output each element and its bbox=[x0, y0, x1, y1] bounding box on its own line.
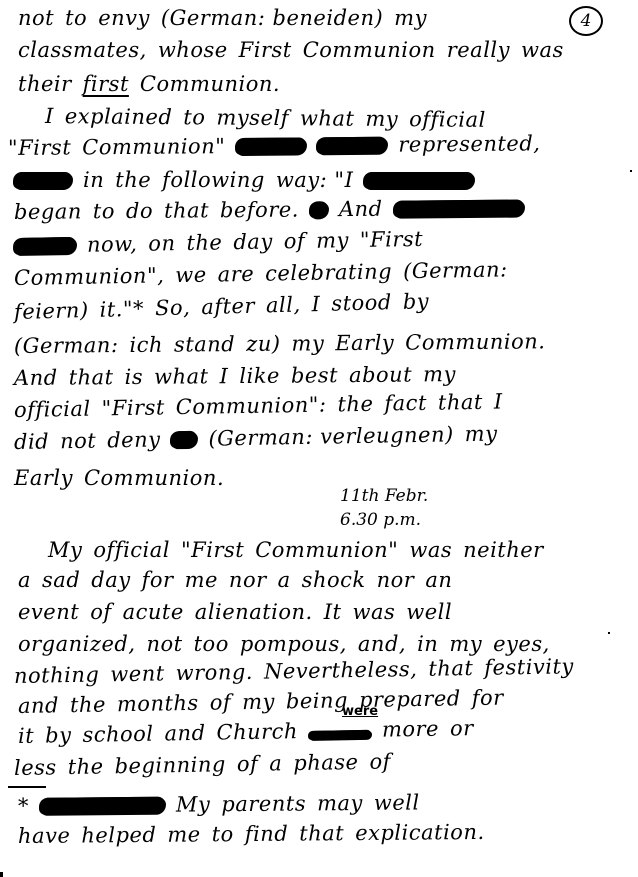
handwritten-word: "First bbox=[360, 227, 424, 252]
handwritten-word: Early bbox=[335, 331, 394, 356]
redaction-scribble bbox=[317, 137, 387, 155]
handwritten-word: parents bbox=[221, 791, 306, 816]
handwritten-word: my bbox=[242, 690, 275, 715]
handwritten-word: do bbox=[126, 199, 153, 223]
handwritten-word: that bbox=[69, 365, 114, 389]
handwritten-word: my bbox=[423, 362, 456, 386]
handwritten-word: My bbox=[48, 538, 82, 562]
date-line-1: 11th Febr. bbox=[340, 486, 428, 506]
handwritten-word: stand bbox=[174, 332, 235, 357]
handwritten-word: fact bbox=[384, 391, 427, 416]
handwritten-word: and, bbox=[358, 632, 406, 656]
handwritten-word: (German: beneiden) bbox=[161, 6, 383, 30]
footnote-line: *Myparentsmaywell bbox=[18, 790, 431, 818]
handwritten-word: I bbox=[311, 292, 320, 316]
text-line: now,onthedayofmy"First bbox=[14, 227, 434, 258]
handwritten-word: of bbox=[369, 749, 391, 773]
redaction-scribble bbox=[40, 797, 165, 815]
handwritten-word: First bbox=[239, 38, 292, 62]
handwritten-word: of bbox=[283, 229, 305, 253]
handwritten-word: classmates, bbox=[18, 38, 147, 62]
handwritten-word: helped bbox=[81, 823, 156, 848]
handwritten-word: Church bbox=[216, 719, 298, 744]
handwritten-word: began bbox=[14, 199, 82, 224]
handwritten-word: have bbox=[18, 824, 71, 848]
handwritten-word: well bbox=[406, 600, 452, 624]
redaction-scribble bbox=[14, 172, 72, 189]
handwritten-word: pompous, bbox=[240, 632, 347, 656]
handwritten-word: not bbox=[60, 429, 97, 454]
handwritten-word: nor bbox=[229, 568, 267, 592]
handwritten-word: a bbox=[18, 568, 31, 592]
handwritten-word: by bbox=[45, 723, 72, 747]
handwritten-word: school bbox=[82, 722, 153, 747]
handwritten-word: feiern) bbox=[14, 298, 89, 324]
footnote-line: havehelpedmetofindthatexplication. bbox=[18, 820, 496, 848]
text-line: "FirstCommunion"represented, bbox=[8, 131, 552, 160]
text-line: classmates,whoseFirstCommunionreallywas bbox=[18, 38, 575, 62]
handwritten-word: is bbox=[124, 365, 143, 389]
struck-out-word bbox=[309, 730, 371, 740]
text-line: asaddayformenorashocknoran bbox=[18, 568, 463, 592]
handwritten-word: what bbox=[300, 106, 355, 130]
handwritten-word: represented, bbox=[398, 131, 540, 156]
handwritten-word: and bbox=[18, 693, 59, 718]
text-line: itbyschoolandChurchmoreor bbox=[18, 716, 485, 748]
handwritten-word: to bbox=[212, 822, 234, 846]
redaction-scribble bbox=[236, 137, 306, 155]
handwritten-word: before. bbox=[220, 198, 299, 223]
handwritten-word: not bbox=[147, 632, 183, 656]
text-line: andthemonthsofmybeingpreparedfor bbox=[18, 685, 515, 718]
handwritten-word: I bbox=[219, 364, 228, 388]
handwritten-word: my bbox=[464, 422, 497, 447]
handwritten-word: that bbox=[164, 198, 209, 222]
handwritten-word: all, bbox=[266, 292, 301, 317]
text-line: Iexplainedtomyselfwhatmyofficial bbox=[45, 104, 497, 132]
handwritten-word: it bbox=[18, 724, 35, 748]
handwritten-word: organized, bbox=[18, 632, 136, 656]
handwritten-word: about bbox=[349, 363, 412, 388]
text-line: nottoenvy(German: beneiden)my bbox=[18, 6, 438, 30]
handwritten-word: official bbox=[409, 107, 486, 132]
handwritten-word: that bbox=[438, 390, 483, 415]
handwritten-word: that bbox=[428, 656, 473, 681]
handwritten-word: a bbox=[269, 751, 282, 775]
handwritten-word: alienation. bbox=[195, 600, 313, 624]
handwritten-word: Communion" bbox=[82, 134, 225, 159]
handwritten-word: me bbox=[185, 568, 218, 592]
handwritten-word: it."* bbox=[99, 297, 144, 322]
handwritten-word: well bbox=[374, 790, 420, 814]
handwritten-word: went bbox=[110, 661, 165, 686]
handwritten-word: best bbox=[291, 363, 338, 387]
handwritten-word: of bbox=[209, 690, 231, 714]
text-line: organized,nottoopompous,and,inmyeyes, bbox=[18, 632, 561, 656]
text-line: nothingwentwrong.Nevertheless,thatfestiv… bbox=[14, 654, 585, 688]
handwritten-word: to bbox=[65, 6, 87, 30]
handwritten-word: of bbox=[90, 600, 111, 624]
handwritten-word: more bbox=[382, 717, 439, 742]
text-line: Myofficial"FirstCommunion"wasneither bbox=[48, 538, 555, 562]
redaction-scribble bbox=[14, 237, 76, 255]
handwritten-word: acute bbox=[123, 600, 184, 624]
handwritten-word: after bbox=[201, 294, 255, 319]
handwritten-word: did bbox=[14, 429, 50, 454]
handwritten-word: Communion" bbox=[255, 538, 398, 562]
handwritten-word: official bbox=[14, 397, 91, 422]
text-line: EarlyCommunion. bbox=[14, 466, 235, 490]
text-line: didnotdeny(German: verleugnen)my bbox=[14, 421, 509, 454]
handwritten-word: what bbox=[154, 364, 209, 388]
handwritten-word: the bbox=[186, 230, 222, 255]
handwritten-word: Communion", bbox=[14, 263, 165, 290]
handwritten-word: stood bbox=[331, 290, 392, 316]
handwritten-word: to bbox=[183, 105, 205, 129]
footnote-rule bbox=[8, 786, 46, 788]
handwritten-word: find bbox=[245, 822, 289, 846]
text-line: begantodothatbefore.And bbox=[14, 195, 535, 224]
handwritten-word: explained bbox=[65, 104, 173, 129]
handwritten-word: "First bbox=[8, 135, 71, 160]
insertion-above-line: were bbox=[342, 704, 378, 719]
redaction-scribble bbox=[310, 201, 328, 218]
text-line: official"FirstCommunion":thefactthatI bbox=[14, 389, 514, 422]
handwritten-word: day bbox=[233, 229, 273, 254]
handwritten-word: we bbox=[175, 263, 207, 288]
handwritten-page: 4 nottoenvy(German: beneiden)myclassmate… bbox=[0, 0, 638, 877]
handwritten-word: a bbox=[278, 568, 291, 592]
redaction-scribble bbox=[393, 200, 523, 218]
handwritten-word: for bbox=[472, 686, 504, 711]
handwritten-word: So, bbox=[155, 295, 191, 320]
handwritten-word: beginning bbox=[114, 752, 226, 778]
handwritten-word: Communion. bbox=[84, 466, 224, 490]
handwritten-word: was bbox=[521, 38, 564, 62]
handwritten-word: deny bbox=[107, 427, 161, 452]
handwritten-word: may bbox=[317, 791, 363, 815]
handwritten-word: Nevertheless, bbox=[264, 657, 418, 684]
redaction-scribble bbox=[171, 431, 197, 448]
handwritten-word: in bbox=[417, 632, 438, 656]
handwritten-word: the bbox=[70, 692, 106, 717]
scan-speck bbox=[608, 632, 610, 634]
handwritten-word: zu) bbox=[246, 332, 281, 356]
handwritten-word: months bbox=[117, 691, 199, 716]
handwritten-word: (German: bbox=[403, 257, 508, 283]
text-line: eventofacutealienation.Itwaswell bbox=[18, 600, 463, 624]
date-line-2: 6.30 p.m. bbox=[340, 510, 421, 530]
handwritten-word: really bbox=[447, 38, 510, 62]
handwritten-word: sad bbox=[42, 568, 80, 592]
redaction-scribble bbox=[364, 172, 474, 189]
handwritten-word: I bbox=[494, 389, 503, 413]
handwritten-word: now, bbox=[87, 232, 138, 257]
handwritten-word: following bbox=[162, 168, 265, 192]
handwritten-word: * bbox=[18, 794, 29, 818]
handwritten-word: And bbox=[14, 366, 58, 390]
handwritten-word: my bbox=[291, 331, 324, 355]
handwritten-word: envy bbox=[98, 6, 150, 30]
text-line: (German:ichstandzu)myEarlyCommunion. bbox=[14, 329, 557, 358]
text-line: feiern)it."*So,afterall,Istoodby bbox=[14, 289, 441, 324]
handwritten-word: whose bbox=[158, 38, 228, 62]
handwritten-word: (German: bbox=[14, 333, 119, 358]
handwritten-word: my bbox=[365, 107, 398, 131]
handwritten-word: (German: verleugnen) bbox=[208, 422, 454, 450]
handwritten-word: "First bbox=[181, 538, 244, 562]
handwritten-word: eyes, bbox=[493, 632, 550, 656]
handwritten-word: the bbox=[67, 754, 103, 779]
handwritten-word: was bbox=[409, 538, 452, 562]
handwritten-word: It bbox=[324, 600, 342, 624]
handwritten-word: And bbox=[339, 197, 383, 221]
handwritten-word: by bbox=[402, 289, 429, 314]
handwritten-word: my bbox=[394, 6, 427, 30]
scan-speck bbox=[630, 170, 632, 172]
handwritten-word: or bbox=[450, 716, 474, 740]
handwritten-word: like bbox=[239, 364, 280, 388]
handwritten-word: official bbox=[93, 538, 170, 562]
handwritten-word: their bbox=[18, 72, 72, 96]
handwritten-word: of bbox=[237, 752, 259, 776]
text-line: AndthatiswhatIlikebestaboutmy bbox=[14, 362, 467, 390]
handwritten-word: my bbox=[316, 228, 349, 253]
handwritten-word: that bbox=[299, 821, 344, 845]
handwritten-word: neither bbox=[463, 538, 544, 562]
text-line: theirfirstCommunion. bbox=[18, 72, 291, 96]
handwritten-word: less bbox=[14, 755, 57, 780]
handwritten-word: celebrating bbox=[265, 259, 392, 285]
handwritten-word: myself bbox=[216, 105, 289, 130]
handwritten-word: phase bbox=[293, 750, 359, 775]
handwritten-word: wrong. bbox=[175, 660, 253, 685]
handwritten-word: shock bbox=[302, 568, 366, 592]
handwritten-word: My bbox=[176, 792, 211, 816]
handwritten-word: Communion. bbox=[140, 72, 280, 96]
handwritten-word: an bbox=[425, 568, 452, 592]
handwritten-word: for bbox=[142, 568, 174, 592]
handwritten-word: event bbox=[18, 600, 79, 624]
handwritten-word: the bbox=[115, 168, 151, 192]
handwritten-word: I bbox=[45, 104, 54, 128]
scan-edge-mark bbox=[0, 872, 3, 877]
text-line: Communion",wearecelebrating(German: bbox=[14, 257, 519, 290]
handwritten-word: nor bbox=[377, 568, 415, 592]
handwritten-word: Communion bbox=[303, 38, 436, 62]
handwritten-word: "First bbox=[101, 395, 165, 420]
text-line: lessthebeginningofaphaseof bbox=[14, 749, 402, 780]
handwritten-word: ich bbox=[129, 333, 163, 357]
handwritten-word: Communion": bbox=[176, 393, 327, 420]
handwritten-word: Early bbox=[14, 466, 73, 490]
handwritten-word: on bbox=[148, 231, 176, 255]
handwritten-word: explication. bbox=[355, 820, 485, 845]
handwritten-word: nothing bbox=[14, 663, 100, 688]
handwritten-word: me bbox=[167, 822, 201, 846]
handwritten-word: Communion. bbox=[405, 329, 545, 354]
page-number: 4 bbox=[569, 6, 603, 36]
handwritten-word: way: "I bbox=[276, 168, 354, 192]
handwritten-word: being bbox=[286, 688, 348, 713]
handwritten-word: festivity bbox=[484, 654, 574, 680]
handwritten-word: in bbox=[83, 168, 104, 192]
handwritten-word: was bbox=[352, 600, 395, 624]
handwritten-word: too bbox=[194, 632, 229, 656]
handwritten-word: my bbox=[449, 632, 482, 656]
text-line: inthefollowingway: "I bbox=[14, 168, 485, 192]
handwritten-word: day bbox=[91, 568, 130, 592]
handwritten-word: are bbox=[217, 262, 254, 287]
handwritten-word: the bbox=[337, 392, 373, 417]
handwritten-word: and bbox=[164, 721, 205, 746]
handwritten-word: to bbox=[93, 199, 115, 223]
handwritten-word: first bbox=[83, 72, 129, 96]
handwritten-word: not bbox=[18, 6, 54, 30]
